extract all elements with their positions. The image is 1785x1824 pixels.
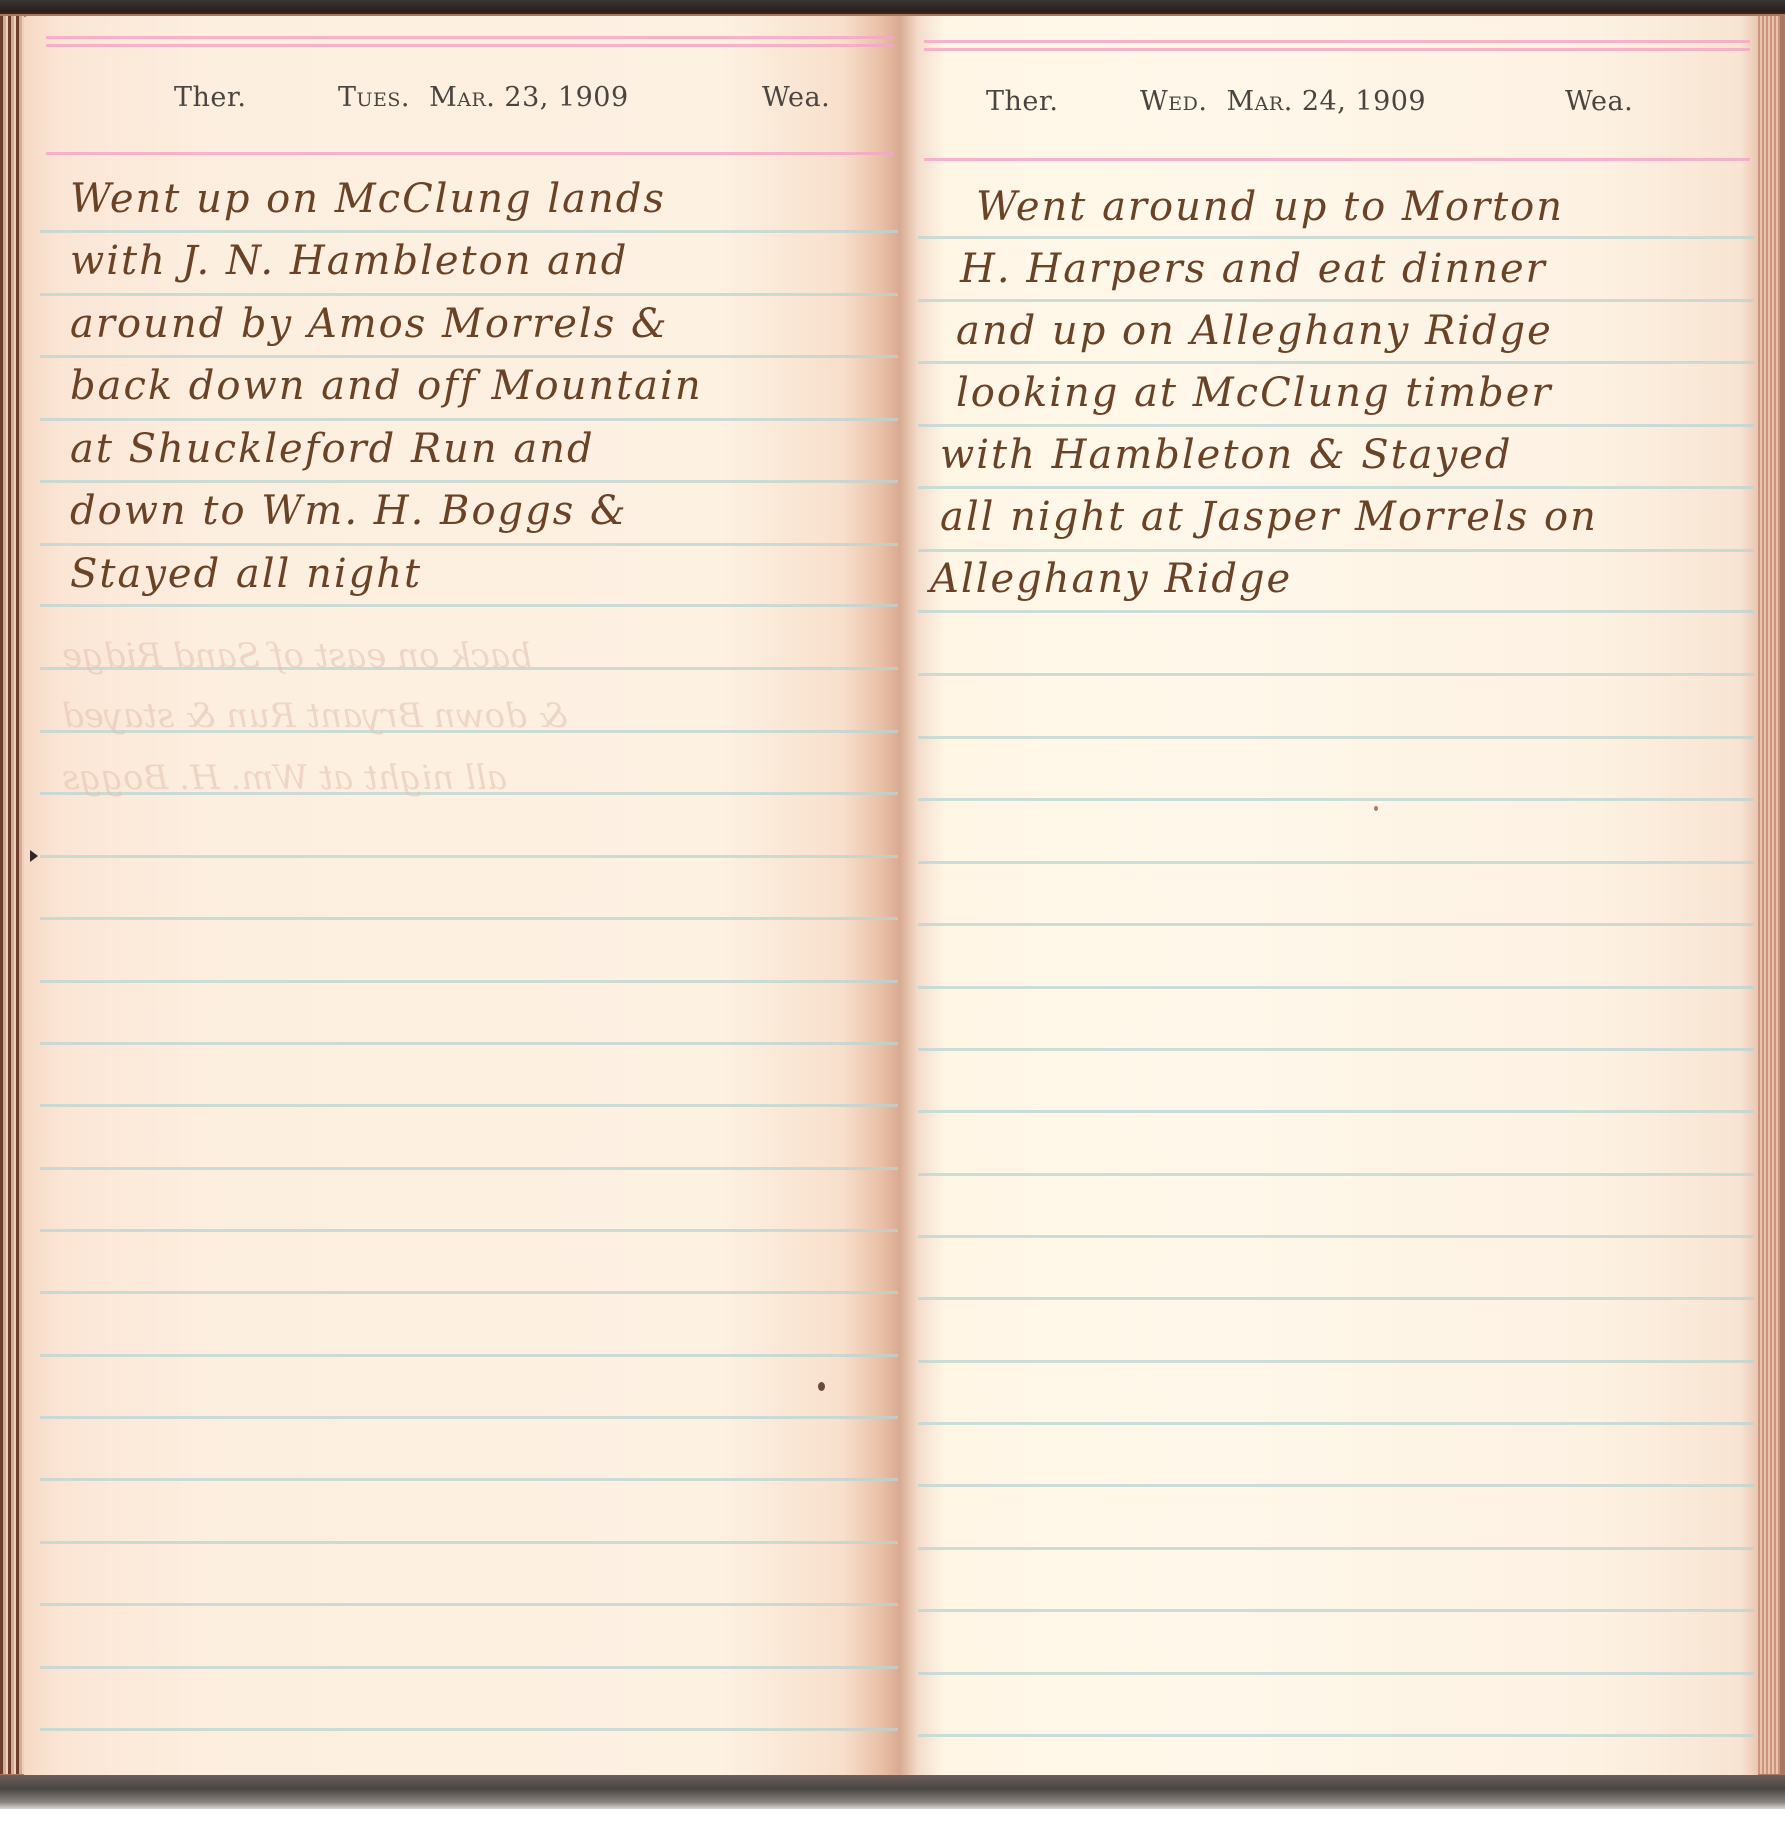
date: Mar. 23, 1909 <box>429 82 629 113</box>
entry-line: all night at Jasper Morrels on <box>940 494 1598 540</box>
ruled-line <box>40 980 898 983</box>
ruled-line <box>40 1104 898 1107</box>
ruled-line <box>918 1048 1754 1051</box>
entry-line: and up on Alleghany Ridge <box>956 308 1553 354</box>
ruled-line <box>40 293 898 296</box>
ruled-line <box>40 480 898 483</box>
bleed-through-text: back on east of Sand Ridge <box>62 636 532 676</box>
ruled-line <box>918 1297 1754 1300</box>
ruled-line <box>918 798 1754 801</box>
ruled-line <box>918 1110 1754 1113</box>
pink-header-rule <box>46 36 894 39</box>
entry-line: Stayed all night <box>70 551 422 597</box>
ruled-line <box>918 361 1754 364</box>
weather-label: Wea. <box>1565 86 1633 117</box>
entry-line: with Hambleton & Stayed <box>940 432 1512 478</box>
thermometer-label: Ther. <box>986 86 1058 117</box>
ruled-line <box>40 543 898 546</box>
entry-line: back down and off Mountain <box>70 363 703 409</box>
pink-header-rule <box>46 44 894 47</box>
bleed-through-text: all night at Wm. H. Boggs <box>62 758 507 798</box>
ruled-line <box>918 1734 1754 1737</box>
ruled-line <box>918 236 1754 239</box>
ruled-line <box>40 230 898 233</box>
ruled-line <box>918 1672 1754 1675</box>
ruled-line <box>918 1173 1754 1176</box>
date: Mar. 24, 1909 <box>1227 86 1427 117</box>
ruled-line <box>40 604 898 607</box>
ruled-line <box>40 917 898 920</box>
date-heading: Tues. Mar. 23, 1909 <box>338 82 629 113</box>
bleed-through-text: & down Bryant Run & stayed <box>62 696 568 736</box>
ruled-line <box>918 486 1754 489</box>
ruled-line <box>40 1416 898 1419</box>
page-header-right: Ther. Wed. Mar. 24, 1909 Wea. <box>900 86 1758 126</box>
ruled-line <box>40 1354 898 1357</box>
open-diary: Ther. Tues. Mar. 23, 1909 Wea. <box>0 14 1785 1779</box>
entry-line: H. Harpers and eat dinner <box>960 246 1547 292</box>
pink-body-rule <box>46 152 894 155</box>
ink-spot <box>1374 806 1378 811</box>
ruled-line <box>918 1360 1754 1363</box>
thermometer-label: Ther. <box>174 82 246 113</box>
ruled-line <box>40 1042 898 1045</box>
left-page: Ther. Tues. Mar. 23, 1909 Wea. <box>22 16 902 1776</box>
date-heading: Wed. Mar. 24, 1909 <box>1140 86 1426 117</box>
ruled-line <box>40 1167 898 1170</box>
entry-line: down to Wm. H. Boggs & <box>70 488 628 534</box>
ruled-line <box>40 355 898 358</box>
ruled-line <box>40 1728 898 1731</box>
ruled-line <box>918 986 1754 989</box>
book-cover-bottom <box>0 1775 1785 1809</box>
entry-line: with J. N. Hambleton and <box>70 238 628 284</box>
right-page: Ther. Wed. Mar. 24, 1909 Wea. <box>900 16 1758 1776</box>
entry-line: at Shuckleford Run and <box>70 426 595 472</box>
ruled-line <box>918 424 1754 427</box>
page-stack-right-edge <box>1758 16 1780 1774</box>
page-edge-mark <box>30 850 38 862</box>
page-header-left: Ther. Tues. Mar. 23, 1909 Wea. <box>22 82 902 122</box>
weekday: Wed. <box>1140 86 1207 117</box>
entry-line: looking at McClung timber <box>956 370 1553 416</box>
ruled-line <box>40 1603 898 1606</box>
ink-spot <box>818 1382 825 1391</box>
ruled-line <box>918 1609 1754 1612</box>
page-stack-left-edge <box>0 16 24 1774</box>
ruled-line <box>40 1541 898 1544</box>
entry-line: around by Amos Morrels & <box>70 301 669 347</box>
ruled-line <box>40 1291 898 1294</box>
ruled-line <box>918 1235 1754 1238</box>
ruled-line <box>40 1229 898 1232</box>
entry-line: Went around up to Morton <box>976 184 1564 230</box>
pink-header-rule <box>924 40 1750 43</box>
ruled-line <box>40 1478 898 1481</box>
ruled-line <box>918 610 1754 613</box>
ruled-line <box>918 923 1754 926</box>
weekday: Tues. <box>338 82 410 113</box>
ruled-line <box>918 1422 1754 1425</box>
entry-line: Alleghany Ridge <box>930 556 1292 602</box>
ruled-line <box>918 736 1754 739</box>
entry-line: Went up on McClung lands <box>70 176 666 222</box>
ruled-line <box>918 1484 1754 1487</box>
pink-header-rule <box>924 48 1750 51</box>
ruled-line <box>918 299 1754 302</box>
ruled-line <box>40 1666 898 1669</box>
pink-body-rule <box>924 158 1750 161</box>
ruled-line <box>918 673 1754 676</box>
weather-label: Wea. <box>762 82 830 113</box>
ruled-line <box>918 861 1754 864</box>
ruled-line <box>40 418 898 421</box>
ruled-line <box>918 549 1754 552</box>
ruled-line <box>918 1547 1754 1550</box>
ruled-line <box>40 855 898 858</box>
